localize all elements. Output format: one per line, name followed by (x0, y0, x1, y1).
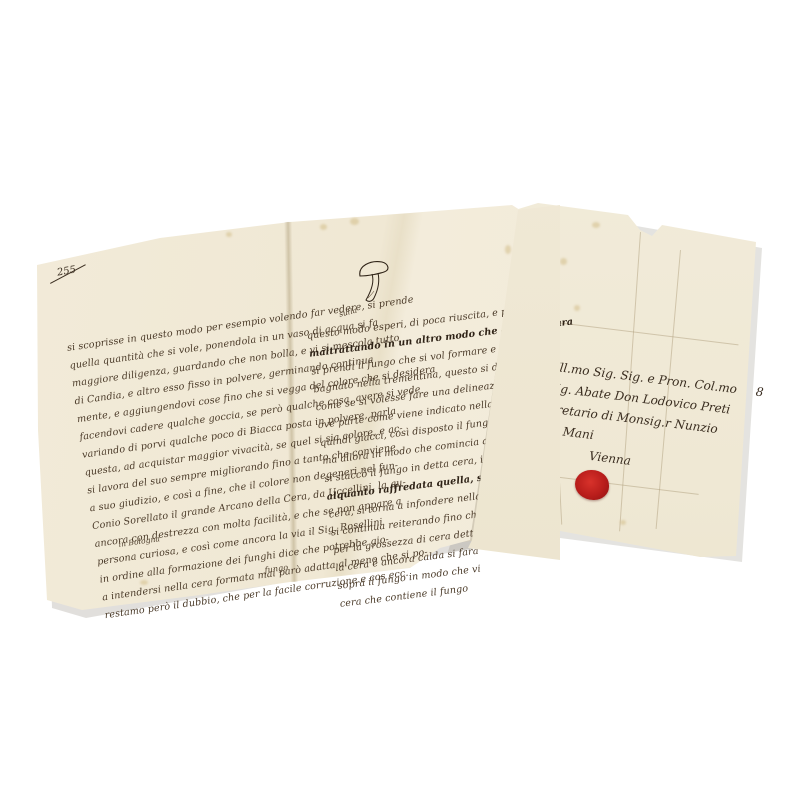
foxing-spot (226, 232, 232, 237)
right-page-text: questo modo esperi, di poca riuscita, e … (306, 296, 605, 614)
foxing-spot (350, 218, 359, 225)
foxing-spot (560, 258, 567, 265)
foxing-spot (320, 224, 327, 230)
photo-scene: Al Ill.mo Sig. Sig. e Pron. Col.mo 8 Il … (0, 0, 800, 800)
foxing-spot (574, 305, 580, 311)
foxing-spot (505, 245, 511, 254)
address-page-number: 8 (755, 385, 764, 400)
foxing-spot (620, 520, 626, 525)
foxing-spot (592, 222, 600, 228)
mushroom-sketch-icon (356, 258, 392, 306)
